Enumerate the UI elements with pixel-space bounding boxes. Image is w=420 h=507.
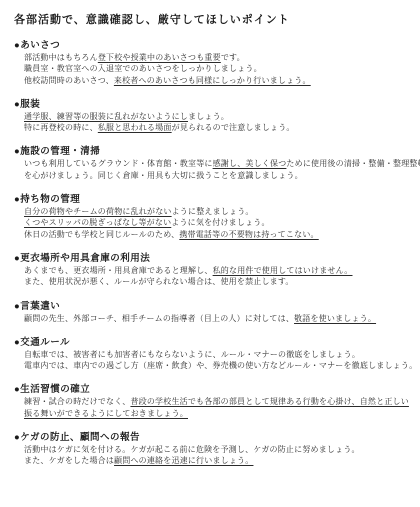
plain-text: 自転車では、被害者にも加害者にもならないように、ルール・マナーの徹底をしましょう… [24,350,360,359]
section-heading: ●交通ルール [14,336,410,349]
plain-text: 顧問の先生、外部コーチ、相手チームの指導者（目上の人）に対しては、 [24,314,294,323]
plain-text: ために使用後の清掃・整備・整理整頓 [286,159,420,168]
underlined-text: 来校者へのあいさつも同様にしっかり行いましょう。 [114,76,311,85]
section-line: 活動中はケガに気を付ける。ケガが起こる前に危険を予測し、ケガの防止に努めましょう… [14,444,410,455]
underlined-text: 敬語を使いましょう。 [294,314,376,323]
sections: ●あいさつ部活動中はもちろん登下校や授業中のあいさつも重要です。職員室・教官室へ… [14,39,410,467]
plain-text: 活動中はケガに気を付ける。ケガが起こる前に危険を予測し、ケガの防止に努めましょう… [24,445,360,454]
page-title: 各部活動で、意識確認し、厳守してほしいポイント [14,13,410,27]
section-line: 休日の活動でも学校と同じルールのため、携帯電話等の不要物は持ってこない。 [14,229,410,240]
section: ●交通ルール自転車では、被害者にも加害者にもならないように、ルール・マナーの徹底… [14,336,410,372]
plain-text: 職員室・教官室への入退室でのあいさつをしっかりしましょう。 [24,64,262,73]
section: ●更衣場所や用具倉庫の利用法あくまでも、更衣場所・用具倉庫であると理解し、私的な… [14,252,410,288]
section-line: 練習・試合の時だけでなく、普段の学校生活でも各部の部員として規律ある行動を心掛け… [14,396,410,407]
section-heading: ●服装 [14,98,410,111]
section: ●持ち物の管理自分の荷物やチームの荷物に乱れがないように整えましょう。くつやスリ… [14,193,410,240]
section: ●あいさつ部活動中はもちろん登下校や授業中のあいさつも重要です。職員室・教官室へ… [14,39,410,86]
section-heading: ●施設の管理・清掃 [14,145,410,158]
section-heading: ●生活習慣の確立 [14,383,410,396]
section: ●生活習慣の確立練習・試合の時だけでなく、普段の学校生活でも各部の部員として規律… [14,383,410,419]
section-line: 振る舞いができるようにしておきましょう。 [14,408,410,419]
plain-text: 休日の活動でも学校と同じルールのため、 [24,230,179,239]
plain-text: が見られるので注意しましょう。 [172,123,295,132]
plain-text: ように整えましょう。 [172,207,254,216]
plain-text: 部活動中はもちろん [24,53,98,62]
section: ●ケガの防止、顧問への報告活動中はケガに気を付ける。ケガが起こる前に危険を予測し… [14,431,410,467]
section-line: 特に再登校の時に、私服と思われる場面が見られるので注意しましょう。 [14,122,410,133]
section-line: あくまでも、更衣場所・用具倉庫であると理解し、私的な用件で使用してはいけません。 [14,265,410,276]
underlined-text: 私的な用件で使用してはいけません。 [213,266,353,275]
plain-text: 他校訪問時のあいさつ、 [24,76,114,85]
underlined-text: 自分の荷物やチームの荷物に乱れがない [24,207,172,216]
plain-text: を心がけましょう。同じく倉庫・用具も大切に扱うことを意識しましょう。 [24,171,303,180]
section-line: を心がけましょう。同じく倉庫・用具も大切に扱うことを意識しましょう。 [14,170,410,181]
section-heading-label: 更衣場所や用具倉庫の利用法 [20,253,150,264]
section-line: 自分の荷物やチームの荷物に乱れがないように整えましょう。 [14,206,410,217]
plain-text: また、使用状況が悪く、ルールが守られない場合は、使用を禁止します。 [24,277,294,286]
plain-text: ましょう。 [188,112,229,121]
section-line: 他校訪問時のあいさつ、来校者へのあいさつも同様にしっかり行いましょう。 [14,75,410,86]
plain-text: また、ケガをした場合は [24,456,114,465]
section: ●言葉遣い顧問の先生、外部コーチ、相手チームの指導者（目上の人）に対しては、敬語… [14,300,410,324]
section-line: 職員室・教官室への入退室でのあいさつをしっかりしましょう。 [14,63,410,74]
section-heading-label: あいさつ [20,40,60,51]
underlined-text: 通学服、練習等の服装に乱れがないようにし [24,112,188,121]
plain-text: いつも利用しているグラウンド・体育館・教室等に [24,159,213,168]
section-heading-label: 交通ルール [20,337,70,348]
section-line: 自転車では、被害者にも加害者にもならないように、ルール・マナーの徹底をしましょう… [14,349,410,360]
underlined-text: 顧問への連絡を迅速に行いましょう。 [114,456,253,465]
section-line: 電車内では、車内での過ごし方（座席・飲食）や、券売機の使い方などルール・マナーを… [14,360,410,371]
document-page: 各部活動で、意識確認し、厳守してほしいポイント ●あいさつ部活動中はもちろん登下… [0,0,420,507]
section-heading: ●ケガの防止、顧問への報告 [14,431,410,444]
plain-text: 特に再登校の時に、 [24,123,98,132]
section: ●服装通学服、練習等の服装に乱れがないようにしましょう。特に再登校の時に、私服と… [14,98,410,134]
section-heading: ●更衣場所や用具倉庫の利用法 [14,252,410,265]
underlined-text: 振る舞いができるようにしておきましょう。 [24,409,188,418]
section-heading-label: ケガの防止、顧問への報告 [20,432,140,443]
underlined-text: くつやスリッパの脱ぎっぱなし等がない [24,218,171,227]
section-heading: ●持ち物の管理 [14,193,410,206]
section-line: 部活動中はもちろん登下校や授業中のあいさつも重要です。 [14,52,410,63]
section-heading-label: 施設の管理・清掃 [20,146,100,157]
underlined-text: 感謝し、美しく保つ [213,159,287,168]
section-line: いつも利用しているグラウンド・体育館・教室等に感謝し、美しく保つために使用後の清… [14,158,410,169]
section-heading-label: 服装 [20,99,40,110]
section-line: また、ケガをした場合は顧問への連絡を迅速に行いましょう。 [14,455,410,466]
section-heading-label: 生活習慣の確立 [20,384,90,395]
underlined-text: 普段の学校生活でも各部の部員として規律ある行動を心掛け、自然と正しい [130,397,408,406]
plain-text: 電車内では、車内での過ごし方（座席・飲食）や、券売機の使い方などルール・マナーを… [24,361,417,370]
section-heading-label: 持ち物の管理 [20,194,80,205]
section-heading: ●あいさつ [14,39,410,52]
plain-text: 練習・試合の時だけでなく、 [24,397,130,406]
underlined-text: 登下校や授業中のあいさつも重要 [98,53,221,62]
section-heading: ●言葉遣い [14,300,410,313]
plain-text: ように気を付けましょう。 [171,218,269,227]
section-line: くつやスリッパの脱ぎっぱなし等がないように気を付けましょう。 [14,217,410,228]
section-line: また、使用状況が悪く、ルールが守られない場合は、使用を禁止します。 [14,276,410,287]
underlined-text: 私服と思われる場面 [98,123,172,132]
underlined-text: 携帯電話等の不要物は持ってこない。 [179,230,318,239]
plain-text: あくまでも、更衣場所・用具倉庫であると理解し、 [24,266,213,275]
plain-text: です。 [221,53,245,62]
section-heading-label: 言葉遣い [20,301,60,312]
section-line: 通学服、練習等の服装に乱れがないようにしましょう。 [14,111,410,122]
section: ●施設の管理・清掃いつも利用しているグラウンド・体育館・教室等に感謝し、美しく保… [14,145,410,181]
section-line: 顧問の先生、外部コーチ、相手チームの指導者（目上の人）に対しては、敬語を使いまし… [14,313,410,324]
